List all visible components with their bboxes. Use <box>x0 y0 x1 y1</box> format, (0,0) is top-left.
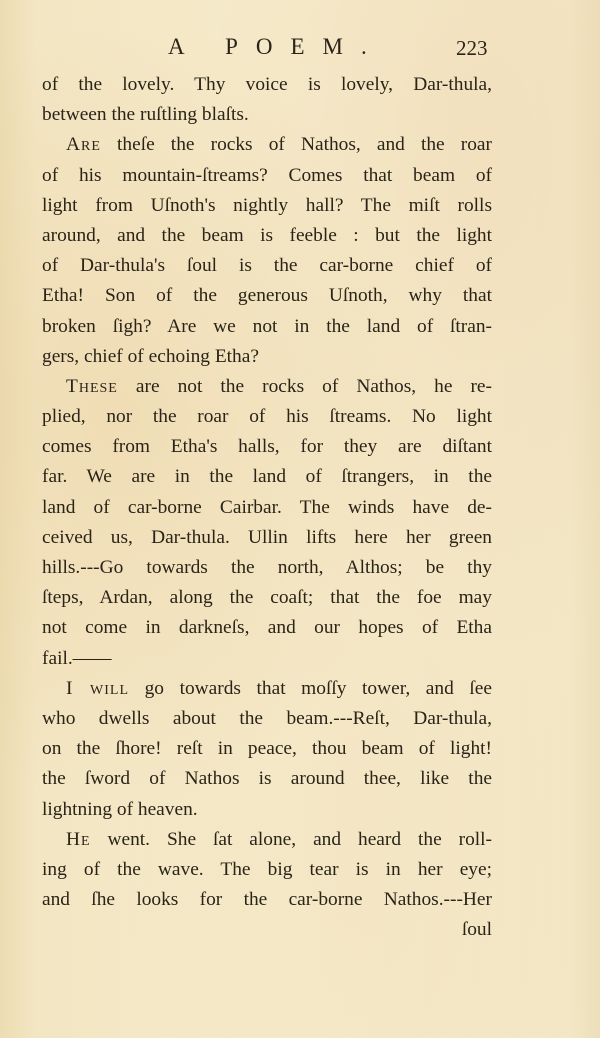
running-title: A POEM. <box>168 34 385 60</box>
text-line: ceived us, Dar-thula. Ullin lifts here h… <box>42 523 492 553</box>
text-line: who dwells about the beam.---Reſt, Dar-t… <box>42 704 492 734</box>
text-line: ſteps, Ardan, along the coaſt; that the … <box>42 583 492 613</box>
body-text: of the lovely. Thy voice is lovely, Dar-… <box>42 70 492 945</box>
paragraph: He went. She ſat alone, and heard the ro… <box>42 825 492 946</box>
paragraph: Are theſe the rocks of Nathos, and the r… <box>42 130 492 372</box>
text-line: of his mountain-ſtreams? Comes that beam… <box>42 161 492 191</box>
paragraph: These are not the rocks of Nathos, he re… <box>42 372 492 674</box>
book-page: A POEM. 223 of the lovely. Thy voice is … <box>0 0 600 1038</box>
text-line: He went. She ſat alone, and heard the ro… <box>42 825 492 855</box>
paragraph-lead: He <box>66 829 91 850</box>
text-line: between the ruſtling blaſts. <box>42 100 492 130</box>
text-line: These are not the rocks of Nathos, he re… <box>42 372 492 402</box>
text-line: Etha! Son of the generous Uſnoth, why th… <box>42 281 492 311</box>
text-line-rest: went. She ſat alone, and heard the roll- <box>91 829 492 850</box>
text-line: comes from Etha's halls, for they are di… <box>42 432 492 462</box>
page-header: A POEM. 223 <box>0 34 600 64</box>
text-line: gers, chief of echoing Etha? <box>42 342 492 372</box>
text-line: land of car-borne Cairbar. The winds hav… <box>42 493 492 523</box>
text-line: fail.—— <box>42 644 492 674</box>
page-number: 223 <box>456 36 488 61</box>
text-line: far. We are in the land of ſtrangers, in… <box>42 462 492 492</box>
text-line: lightning of heaven. <box>42 795 492 825</box>
text-line-rest: go towards that moſſy tower, and ſee <box>129 678 492 699</box>
paragraph-lead: These <box>66 376 118 397</box>
text-line: not come in darkneſs, and our hopes of E… <box>42 613 492 643</box>
paragraph: of the lovely. Thy voice is lovely, Dar-… <box>42 70 492 130</box>
text-line: of Dar-thula's ſoul is the car-borne chi… <box>42 251 492 281</box>
text-line-rest: theſe the rocks of Nathos, and the roar <box>101 134 492 155</box>
text-line: I will go towards that moſſy tower, and … <box>42 674 492 704</box>
text-line: and ſhe looks for the car-borne Nathos.-… <box>42 885 492 915</box>
text-line: around, and the beam is feeble : but the… <box>42 221 492 251</box>
paragraph-lead: Are <box>66 134 101 155</box>
text-line: on the ſhore! reſt in peace, thou beam o… <box>42 734 492 764</box>
text-line: light from Uſnoth's nightly hall? The mi… <box>42 191 492 221</box>
catchword: ſoul <box>42 915 492 945</box>
paragraph: I will go towards that moſſy tower, and … <box>42 674 492 825</box>
paragraph-lead: I will <box>66 678 129 699</box>
text-line: plied, nor the roar of his ſtreams. No l… <box>42 402 492 432</box>
text-line: of the lovely. Thy voice is lovely, Dar-… <box>42 70 492 100</box>
text-line: the ſword of Nathos is around thee, like… <box>42 764 492 794</box>
text-line-rest: are not the rocks of Nathos, he re- <box>118 376 492 397</box>
text-line: Are theſe the rocks of Nathos, and the r… <box>42 130 492 160</box>
text-line: broken ſigh? Are we not in the land of ſ… <box>42 312 492 342</box>
text-line: ing of the wave. The big tear is in her … <box>42 855 492 885</box>
text-line: hills.---Go towards the north, Althos; b… <box>42 553 492 583</box>
